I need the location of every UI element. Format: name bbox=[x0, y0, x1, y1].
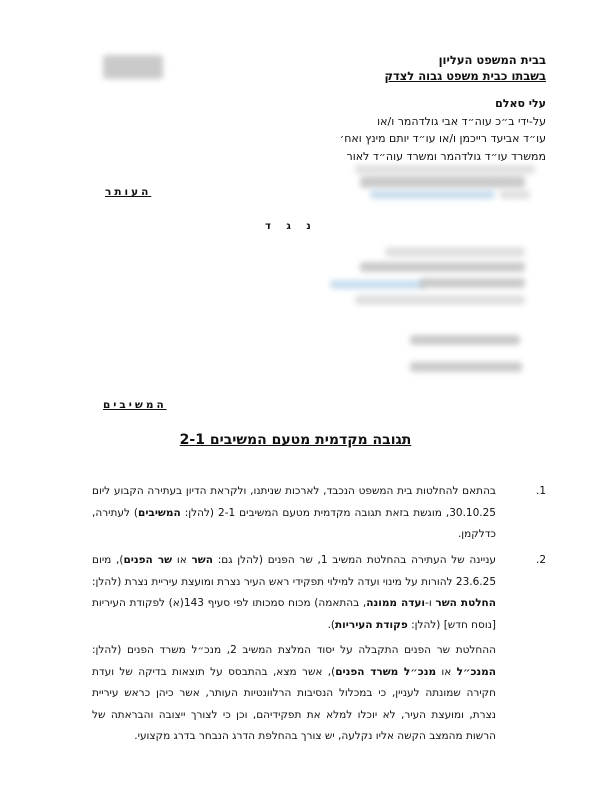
defined-term: ועדה ממונה bbox=[366, 597, 425, 609]
document-title: תגובה מקדמית מטעם המשיבים 2-1 bbox=[0, 432, 591, 448]
defined-term: השר bbox=[191, 554, 213, 566]
petitioner-counsel-line: עו״ד אביעד רייכמן ו/או עו״ד יותם מינץ וא… bbox=[340, 130, 546, 148]
paragraph-text: או bbox=[436, 666, 457, 678]
paragraph-number: 2. bbox=[536, 550, 546, 572]
redacted-respondent-line bbox=[360, 262, 525, 272]
court-capacity: בשבתו כבית משפט גבוה לצדק bbox=[385, 68, 546, 84]
defined-term: המנכ״ל bbox=[457, 666, 496, 678]
document-page: בבית המשפט העליון בשבתו כבית משפט גבוה ל… bbox=[0, 0, 591, 801]
paragraph-text: או bbox=[172, 554, 191, 566]
versus-label: נ ג ד bbox=[265, 221, 317, 232]
redacted-respondent-line bbox=[410, 335, 520, 345]
redacted-petitioner-extra bbox=[500, 190, 530, 199]
redacted-petitioner-email bbox=[370, 190, 495, 199]
redacted-respondent-line bbox=[410, 362, 522, 372]
defined-term: שר הפנים bbox=[123, 554, 172, 566]
petitioner-block: עלי סאלם על-ידי ב״כ עוה״ד אבי גולדהמר ו/… bbox=[340, 95, 546, 165]
defined-term: מנכ״ל משרד הפנים bbox=[335, 666, 436, 678]
redacted-stamp bbox=[103, 55, 163, 79]
paragraph-2: עניינה של העתירה בהחלטת המשיב 1, שר הפני… bbox=[92, 550, 496, 636]
redacted-respondent-email bbox=[330, 280, 425, 289]
petitioner-name: עלי סאלם bbox=[340, 95, 546, 113]
petitioner-role-label: העותר bbox=[105, 186, 151, 198]
paragraph-text: ההחלטת שר הפנים התקבלה על יסוד המלצת המש… bbox=[92, 644, 496, 656]
paragraph-text: ו- bbox=[425, 597, 435, 609]
paragraph-2-continuation: ההחלטת שר הפנים התקבלה על יסוד המלצת המש… bbox=[92, 640, 496, 748]
defined-term: פקודת העיריות bbox=[335, 619, 408, 631]
court-name: בבית המשפט העליון bbox=[439, 52, 546, 68]
paragraph-text: עניינה של העתירה בהחלטת המשיב 1, שר הפני… bbox=[213, 554, 496, 566]
redacted-respondent-line bbox=[385, 247, 525, 257]
petitioner-counsel-line: על-ידי ב״כ עוה״ד אבי גולדהמר ו/או bbox=[340, 113, 546, 131]
redacted-respondent-line bbox=[355, 295, 525, 305]
redacted-respondent-line bbox=[420, 278, 525, 288]
defined-term: המשיבים bbox=[138, 507, 181, 519]
petitioner-counsel-line: ממשרד עו״ד גולדהמר ומשרד עוה״ד לאור bbox=[340, 148, 546, 166]
defined-term: החלטת השר bbox=[435, 597, 496, 609]
redacted-petitioner-address bbox=[355, 165, 535, 174]
paragraph-1: בהתאם להחלטות בית המשפט הנכבד, לארכות שנ… bbox=[92, 481, 496, 546]
redacted-petitioner-phone bbox=[360, 176, 525, 188]
paragraph-text: ). bbox=[328, 619, 335, 631]
paragraph-number: 1. bbox=[536, 481, 546, 503]
respondents-role-label: המשיבים bbox=[103, 399, 167, 411]
